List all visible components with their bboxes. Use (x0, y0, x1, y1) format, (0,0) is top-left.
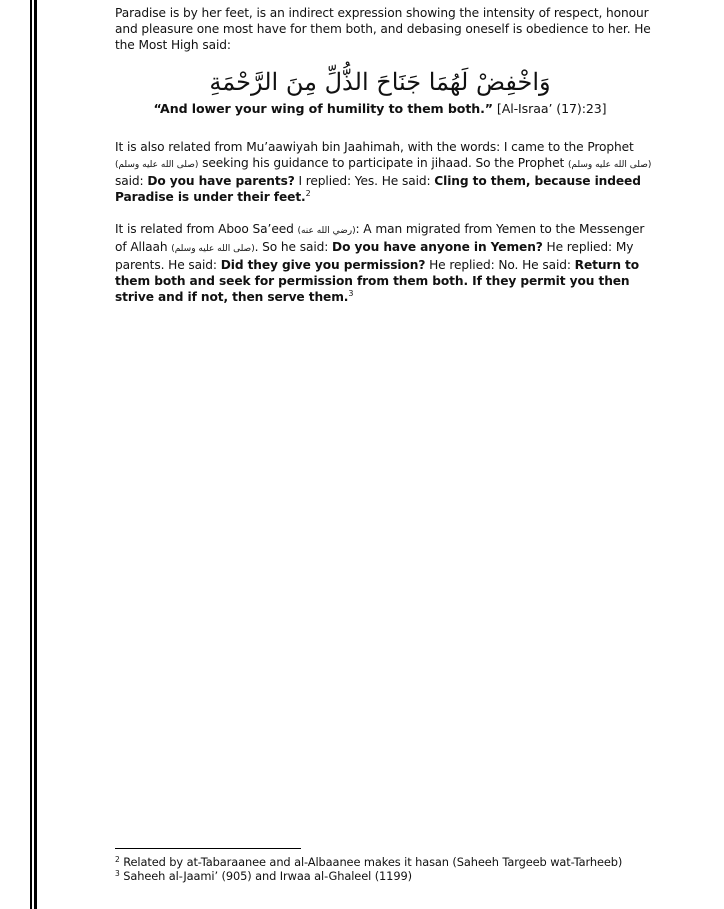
salawat-honorific: (صلى الله عليه وسلم) (115, 160, 198, 170)
footnote-text: Saheeh al-Jaami’ (905) and Irwaa al-Ghal… (120, 869, 412, 883)
hadith2-bold-question-2: Did they give you permission? (221, 258, 426, 272)
hadith1-text-3: said: (115, 174, 147, 188)
footnotes-section: 2 Related by at-Tabaraanee and al-Albaan… (115, 855, 625, 883)
footnote-reference-3[interactable]: 3 (348, 289, 353, 298)
salawat-honorific: (صلى الله عليه وسلم) (568, 160, 651, 170)
hadith2-text-5: He replied: No. He said: (425, 258, 574, 272)
hadith-paragraph-2: It is related from Aboo Sa’eed (رضي الله… (115, 221, 655, 305)
hadith2-text-3: . So he said: (255, 240, 332, 254)
intro-text: Paradise is by her feet, is an indirect … (115, 6, 651, 52)
hadith-paragraph-1: It is also related from Mu’aawiyah bin J… (115, 139, 655, 205)
footnote-separator-rule (115, 848, 301, 849)
hadith1-text-2: seeking his guidance to participate in j… (198, 156, 568, 170)
page-border-thick-line (34, 0, 37, 909)
verse-translation: “And lower your wing of humility to them… (115, 101, 645, 117)
hadith1-text-1: It is also related from Mu’aawiyah bin J… (115, 140, 634, 154)
verse-reference: [Al-Israa’ (17):23] (493, 101, 607, 116)
radiyallah-honorific: (رضي الله عنه) (298, 226, 356, 236)
page-body: Paradise is by her feet, is an indirect … (115, 5, 655, 321)
quran-verse-arabic: وَاخْفِضْ لَهُمَا جَنَاحَ الذُّلِّ مِنَ … (115, 65, 645, 99)
page-border-thin-line (30, 0, 32, 909)
hadith2-text-1: It is related from Aboo Sa’eed (115, 222, 298, 236)
hadith2-bold-question-1: Do you have anyone in Yemen? (332, 240, 543, 254)
hadith1-text-4: I replied: Yes. He said: (295, 174, 435, 188)
intro-paragraph: Paradise is by her feet, is an indirect … (115, 5, 655, 53)
footnote-text: Related by at-Tabaraanee and al-Albaanee… (120, 855, 623, 869)
salawat-honorific: (صلى الله عليه وسلم) (171, 244, 254, 254)
verse-translation-text: “And lower your wing of humility to them… (154, 101, 493, 116)
footnote-2: 2 Related by at-Tabaraanee and al-Albaan… (115, 855, 625, 869)
hadith1-bold-question: Do you have parents? (147, 174, 294, 188)
footnote-3: 3 Saheeh al-Jaami’ (905) and Irwaa al-Gh… (115, 869, 625, 883)
footnote-reference-2[interactable]: 2 (306, 189, 311, 198)
